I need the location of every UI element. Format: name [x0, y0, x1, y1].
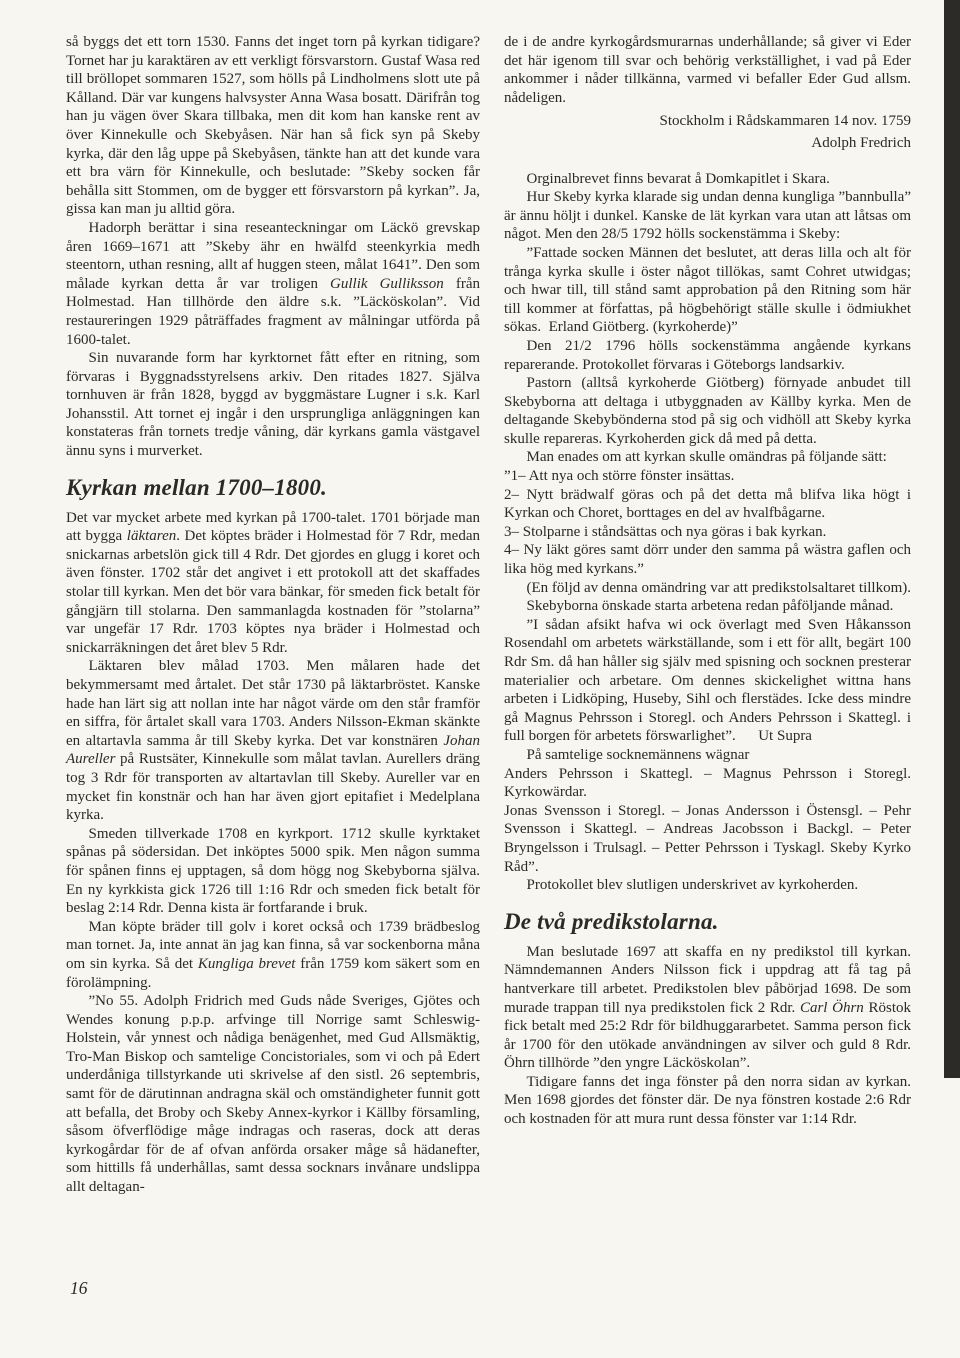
right-column: de i de andre kyrkogårdsmurarnas underhå… [504, 33, 911, 1197]
paragraph: Protokollet blev slutligen underskrivet … [504, 876, 911, 895]
section-heading: De två predikstolarna. [504, 909, 911, 935]
paragraph: ”No 55. Adolph Fridrich med Guds nåde Sv… [66, 992, 480, 1197]
paragraph: På samtelige socknemännens wägnar [504, 746, 911, 765]
scanned-book-page: så byggs det ett torn 1530. Fanns det in… [0, 0, 960, 1358]
section-heading: Kyrkan mellan 1700–1800. [66, 475, 480, 501]
paragraph: 3– Stolparne i ståndsättas och nya göras… [504, 523, 911, 542]
scan-edge-shadow [944, 0, 960, 1078]
paragraph: de i de andre kyrkogårdsmurarnas underhå… [504, 33, 911, 107]
paragraph: Adolph Fredrich [504, 134, 911, 153]
paragraph: 4– Ny läkt göres samt dörr under den sam… [504, 541, 911, 578]
paragraph: Man enades om att kyrkan skulle omändras… [504, 448, 911, 467]
paragraph: 2– Nytt brädwalf göras och på det detta … [504, 486, 911, 523]
left-column: så byggs det ett torn 1530. Fanns det in… [66, 33, 480, 1197]
paragraph: Sin nuvarande form har kyrktornet fått e… [66, 349, 480, 461]
paragraph: (En följd av denna omändring var att pre… [504, 579, 911, 598]
paragraph: Anders Pehrsson i Skattegl. – Magnus Peh… [504, 765, 911, 802]
paragraph: ”I sådan afsikt hafva wi ock överlagt me… [504, 616, 911, 746]
paragraph: ”Fattade socken Männen det beslutet, att… [504, 244, 911, 337]
paragraph: Den 21/2 1796 hölls sockenstämma angåend… [504, 337, 911, 374]
paragraph: Stockholm i Rådskammaren 14 nov. 1759 [504, 112, 911, 131]
paragraph: Hur Skeby kyrka klarade sig undan denna … [504, 188, 911, 244]
paragraph: Tidigare fanns det inga fönster på den n… [504, 1073, 911, 1129]
paragraph: Smeden tillverkade 1708 en kyrkport. 171… [66, 825, 480, 918]
paragraph: Det var mycket arbete med kyrkan på 1700… [66, 509, 480, 658]
paragraph: ”1– Att nya och större fönster insättas. [504, 467, 911, 486]
paragraph: Läktaren blev målad 1703. Men målaren ha… [66, 657, 480, 824]
paragraph: så byggs det ett torn 1530. Fanns det in… [66, 33, 480, 219]
paragraph: Man beslutade 1697 att skaffa en ny pred… [504, 943, 911, 1073]
paragraph: Orginalbrevet finns bevarat å Domkapitle… [504, 170, 911, 189]
paragraph: Jonas Svensson i Storegl. – Jonas Anders… [504, 802, 911, 876]
paragraph: Hadorph berättar i sina reseanteckningar… [66, 219, 480, 349]
paragraph: Pastorn (alltså kyrkoherde Giötberg) för… [504, 374, 911, 448]
paragraph: Skebyborna önskade starta arbetena redan… [504, 597, 911, 616]
paragraph: Man köpte bräder till golv i koret också… [66, 918, 480, 992]
text-columns: så byggs det ett torn 1530. Fanns det in… [66, 33, 911, 1197]
page-number: 16 [70, 1278, 88, 1299]
